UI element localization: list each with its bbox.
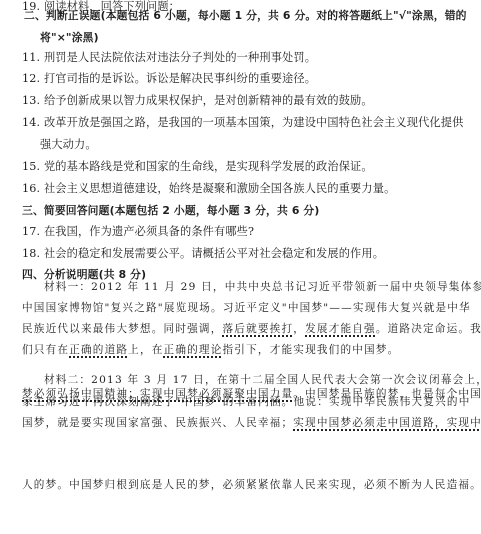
question-15: 15. 党的基本路线是党和国家的生命线，是实现科学发展的政治保证。 — [22, 160, 373, 174]
text-span: 民族近代以来最伟大梦想。同时强调， — [22, 323, 223, 335]
question-11: 11. 刑罚是人民法院依法对违法分子判处的一种刑事处罚。 — [22, 51, 316, 65]
question-12: 12. 打官司指的是诉讼。诉讼是解决民事纠纷的重要途径。 — [22, 72, 316, 86]
text-span: ， — [293, 323, 305, 335]
emphasis-span: 正确的道路 — [69, 344, 128, 356]
material1-line4: 们只有在正确的道路上，在正确的理论指引下，才能实现我们的中国梦。 — [22, 343, 399, 357]
question-14: 14. 改革开放是强国之路，是我国的一项基本国策，为建设中国特色社会主义现代化提… — [22, 116, 463, 130]
question-16: 16. 社会主义思想道德建设，始终是凝聚和激励全国各族人民的重要力量。 — [22, 182, 395, 196]
material2-line4: 梦必须弘扬中国精神；实现中国梦必须凝聚中国力量。中国梦是民族的梦，也是每个中国 — [22, 387, 481, 401]
text-span: 们只有在 — [22, 344, 69, 356]
question-17: 17. 在我国，作为遗产必须具备的条件有哪些? — [22, 225, 254, 239]
section2-heading-cont: 将"×"涂黑) — [40, 31, 99, 45]
question-18: 18. 社会的稳定和发展需要公平。请概括公平对社会稳定和发展的作用。 — [22, 247, 384, 261]
material1-line3: 民族近代以来最伟大梦想。同时强调，落后就要挨打，发展才能自强。道路决定命运。我 — [22, 322, 481, 336]
text-span: 指引下，才能实现我们的中国梦。 — [223, 344, 400, 356]
exam-page: 二、判断正误题(本题包括 6 小题，每小题 1 分，共 6 分。对的将答题纸上"… — [0, 0, 481, 534]
question-19: 19. 阅读材料，回答下列问题： — [22, 0, 180, 14]
section3-heading: 三、简要回答问题(本题包括 2 小题，每小题 3 分，共 6 分) — [22, 204, 319, 218]
emphasis-span: 正确的理论 — [164, 344, 223, 356]
emphasis-span: 落后就要挨打 — [223, 323, 294, 335]
material2-line1: 材料二：2013 年 3 月 17 日，在第十二届全国人民代表大会第一次会议闭幕… — [44, 373, 481, 387]
material2-line3: 国梦，就是要实现国家富强、民族振兴、人民幸福；实现中国梦必须走中国道路，实现中国 — [22, 416, 481, 430]
material1-line2: 中国国家博物馆"复兴之路"展览现场。习近平定义"中国梦"——实现伟大复兴就是中华 — [22, 301, 471, 315]
text-span: 上，在 — [128, 344, 163, 356]
question-13: 13. 给予创新成果以智力成果权保护，是对创新精神的最有效的鼓励。 — [22, 94, 373, 108]
material1-line1: 材料一：2012 年 11 月 29 日，中共中央总书记习近平带领新一届中央领导… — [44, 280, 481, 294]
emphasis-span: 实现中国梦必须走中国道路，实现中国 — [293, 417, 481, 429]
emphasis-span: 梦必须弘扬中国精神；实现中国梦必须凝聚中国力量 — [22, 388, 293, 400]
text-span: 。道路决定命运。我 — [376, 323, 481, 335]
material2-line5: 人的梦。中国梦归根到底是人民的梦，必须紧紧依靠人民来实现，必须不断为人民造福。 — [22, 478, 481, 492]
question-14-cont: 强大动力。 — [40, 138, 97, 152]
text-span: 国梦，就是要实现国家富强、民族振兴、人民幸福； — [22, 417, 293, 429]
text-span: 。中国梦是民族的梦，也是每个中国 — [293, 388, 481, 400]
emphasis-span: 发展才能自强 — [305, 323, 376, 335]
